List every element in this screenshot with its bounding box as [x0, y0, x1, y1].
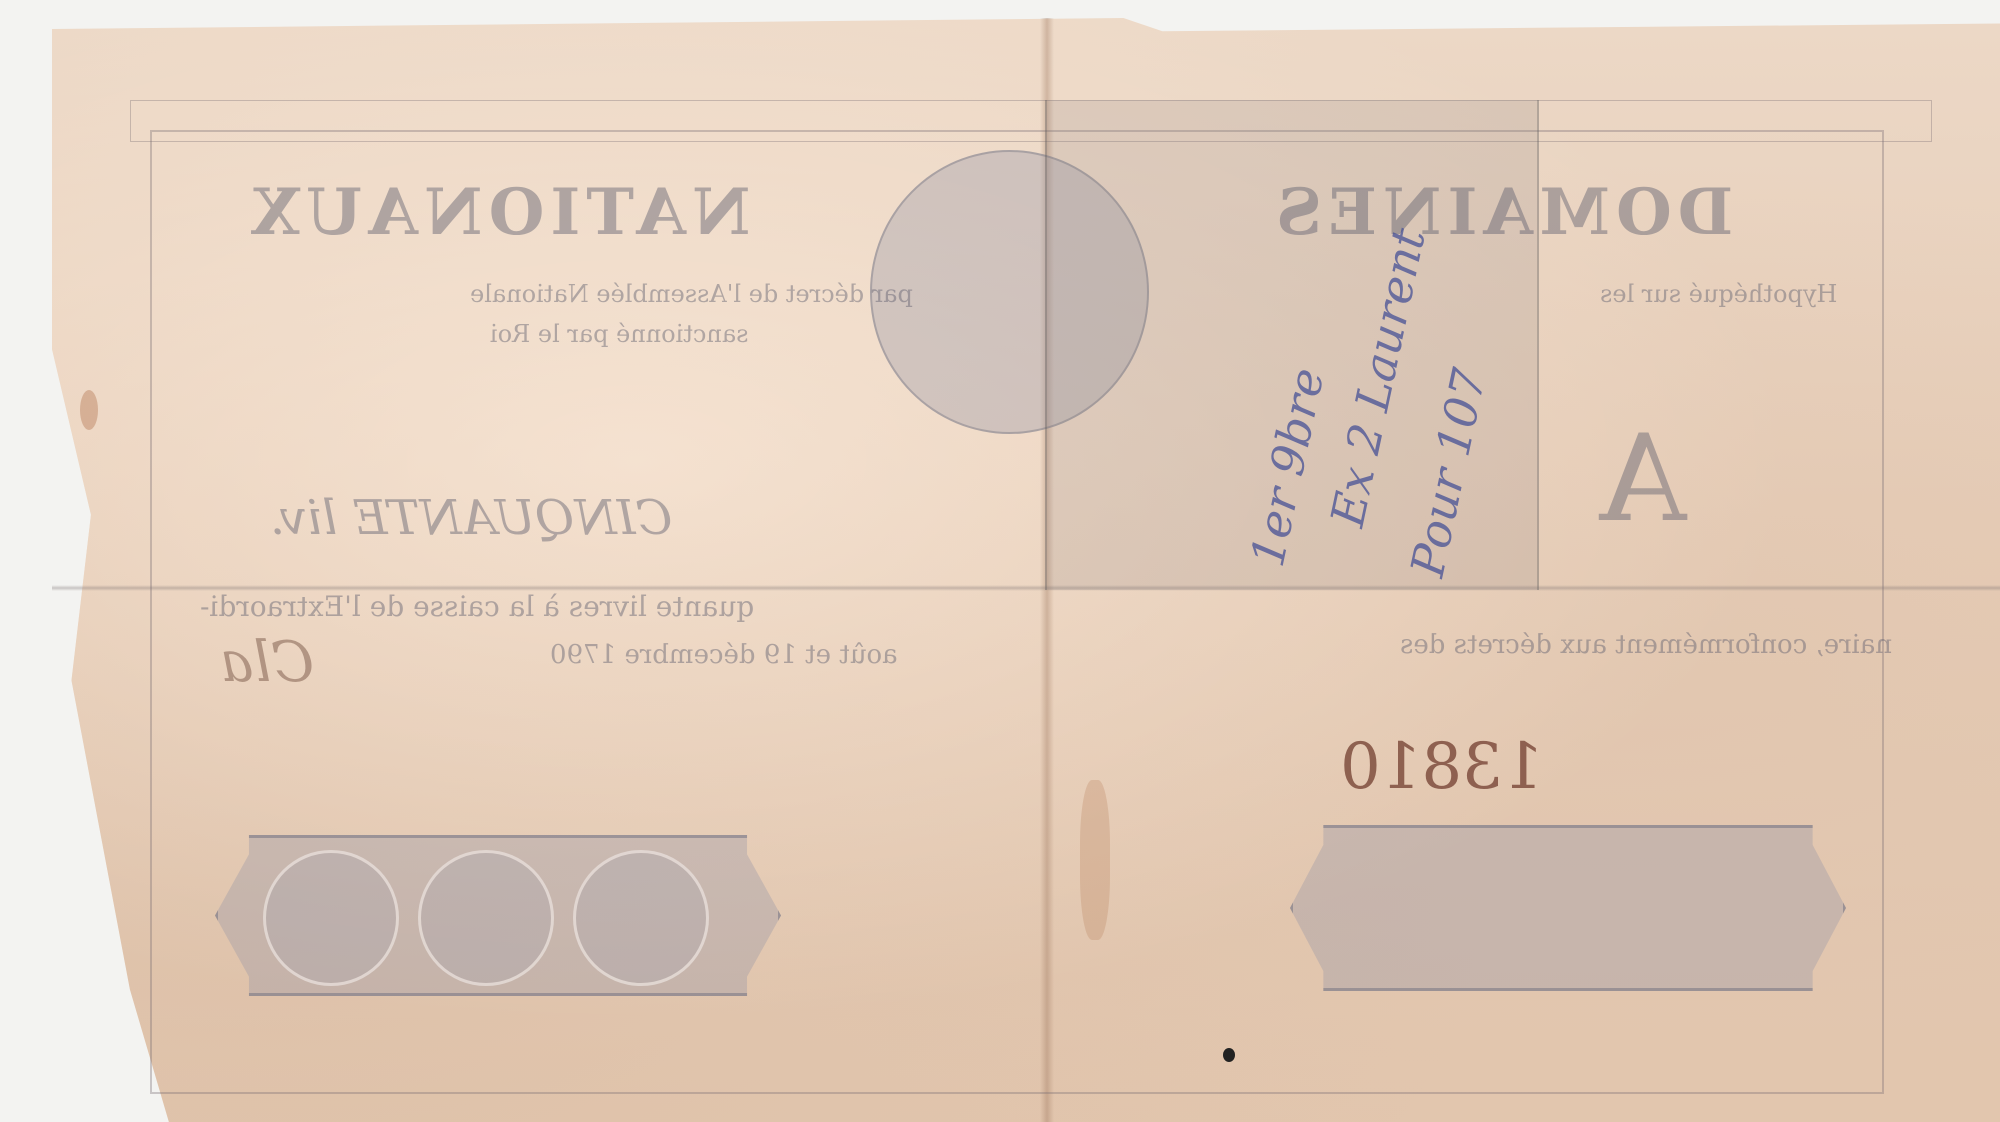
cartouche-circle-2 — [418, 850, 554, 986]
serial-number: 13810 — [1340, 730, 1544, 804]
stain — [80, 390, 98, 430]
decree-line: août et 19 décembre 1790 — [550, 640, 898, 670]
handwriting-brown: Cla — [220, 630, 314, 695]
payable-line-right: naire, conformément aux décrets des — [1400, 630, 1892, 660]
subtitle-left: par décret de l'Assemblée Nationale — [470, 280, 913, 308]
subtitle-right: Hypothéqué sur les — [1600, 280, 1837, 308]
series-letter: A — [1600, 410, 1687, 549]
title-right: DOMAINES — [1270, 175, 1733, 250]
title-left: NATIONAUX — [245, 175, 751, 250]
stain — [1080, 780, 1110, 940]
signature-cartouche-icon — [1290, 825, 1846, 991]
denomination: CINQUANTE liv. — [270, 490, 672, 546]
cartouche-circle-1 — [263, 850, 399, 986]
payable-line-left: quante livres à la caisse de l'Extraordi… — [200, 590, 754, 623]
subtitle-left-2: sanctionné par le Roi — [490, 320, 749, 348]
cartouche-circle-3 — [573, 850, 709, 986]
three-circle-cartouche-icon — [215, 835, 781, 996]
top-border-strip — [130, 100, 1932, 142]
ink-dot — [1223, 1048, 1235, 1062]
